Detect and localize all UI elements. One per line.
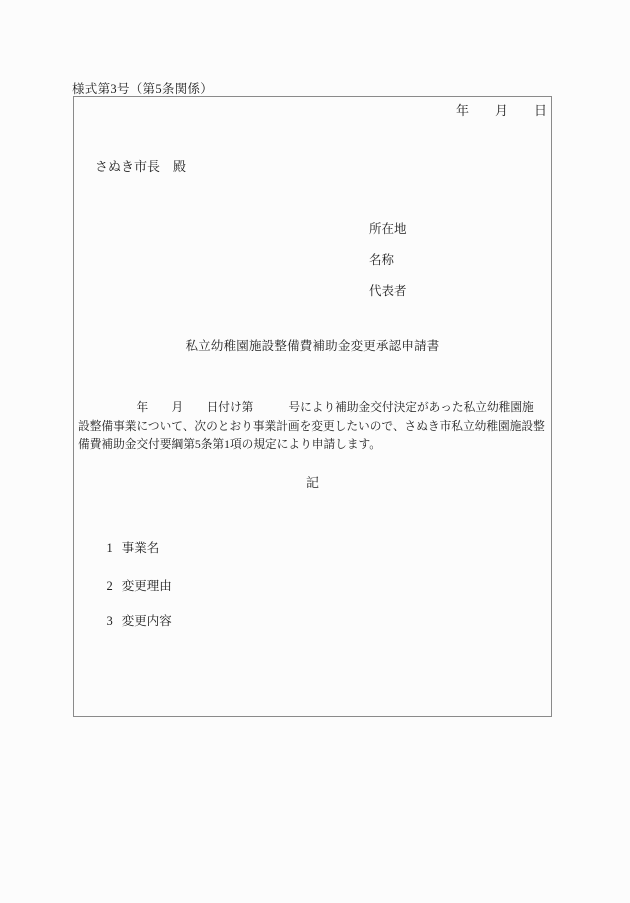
body-paragraph-line: 年 月 日付け第 号により補助金交付決定があった私立幼稚園施 xyxy=(78,399,549,418)
date-line: 年 月 日 xyxy=(456,100,547,119)
note-heading: 記 xyxy=(74,472,551,491)
body-paragraph-line: 備費補助金交付要綱第5条第1項の規定により申請します。 xyxy=(78,436,549,455)
document-title: 私立幼稚園施設整備費補助金変更承認申請書 xyxy=(74,336,551,354)
applicant-field-representative: 代表者 xyxy=(369,281,407,299)
body-paragraph-line: 設整備事業について、次のとおり事業計画を変更したいので、さぬき市私立幼稚園施設整 xyxy=(78,418,549,437)
applicant-field-name: 名称 xyxy=(369,250,394,268)
document-page: { "page": { "form_label": "様式第3号（第5条関係）"… xyxy=(0,0,630,903)
form-border-box: 年 月 日 さぬき市長 殿 所在地 名称 代表者 私立幼稚園施設整備費補助金変更… xyxy=(73,96,552,717)
list-item-change-content: 3変更内容 xyxy=(94,596,172,644)
item-label: 変更内容 xyxy=(122,614,172,628)
form-number-label: 様式第3号（第5条関係） xyxy=(72,79,213,97)
item-number: 1 xyxy=(107,541,113,555)
item-number: 2 xyxy=(107,579,113,593)
addressee-line: さぬき市長 殿 xyxy=(95,156,186,175)
applicant-field-location: 所在地 xyxy=(369,219,407,237)
item-label: 事業名 xyxy=(122,541,160,555)
item-label: 変更理由 xyxy=(122,579,172,593)
body-paragraph: 年 月 日付け第 号により補助金交付決定があった私立幼稚園施 設整備事業について… xyxy=(78,399,549,455)
item-number: 3 xyxy=(107,614,113,628)
